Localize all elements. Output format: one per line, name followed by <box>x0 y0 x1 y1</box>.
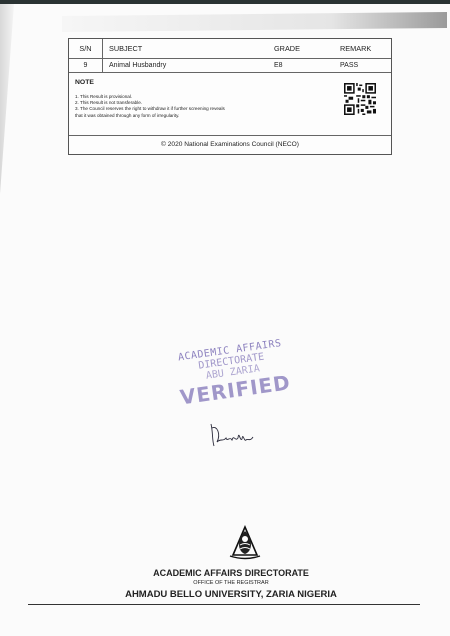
paper-fold <box>62 12 447 32</box>
cell-subject: Animal Husbandry <box>103 62 274 69</box>
copyright-footer: © 2020 National Examinations Council (NE… <box>69 135 391 154</box>
note-title: NOTE <box>75 79 94 86</box>
note-section: NOTE 1. This Result is provisional. 2. T… <box>69 73 391 136</box>
university-crest-icon <box>228 525 262 561</box>
cell-grade: E8 <box>274 62 340 69</box>
result-card: S/N SUBJECT GRADE REMARK 9 Animal Husban… <box>68 38 392 155</box>
scan-top-edge <box>0 0 450 4</box>
note-item: 3. The Council reserves the right to wit… <box>75 106 225 112</box>
header-remark: REMARK <box>340 44 390 53</box>
letterhead-rule <box>28 604 420 605</box>
letterhead-office: OFFICE OF THE REGISTRAR <box>0 580 450 586</box>
scan-left-shadow <box>0 4 14 194</box>
letterhead-directorate: ACADEMIC AFFAIRS DIRECTORATE <box>0 568 450 578</box>
cell-sn: 9 <box>69 58 103 72</box>
header-subject: SUBJECT <box>103 44 274 53</box>
note-list: 1. This Result is provisional. 2. This R… <box>75 94 225 119</box>
qr-code-icon <box>344 83 376 115</box>
cell-remark: PASS <box>340 62 390 69</box>
table-header: S/N SUBJECT GRADE REMARK <box>69 39 391 59</box>
header-grade: GRADE <box>274 44 340 53</box>
letterhead-university: AHMADU BELLO UNIVERSITY, ZARIA NIGERIA <box>0 589 450 600</box>
signature <box>207 420 257 450</box>
verification-stamp: ACADEMIC AFFAIRS DIRECTORATE ABU ZARIA V… <box>165 336 302 411</box>
header-sn: S/N <box>69 39 103 58</box>
note-item: that it was obtained through any form of… <box>75 113 225 119</box>
table-row: 9 Animal Husbandry E8 PASS <box>69 58 391 73</box>
